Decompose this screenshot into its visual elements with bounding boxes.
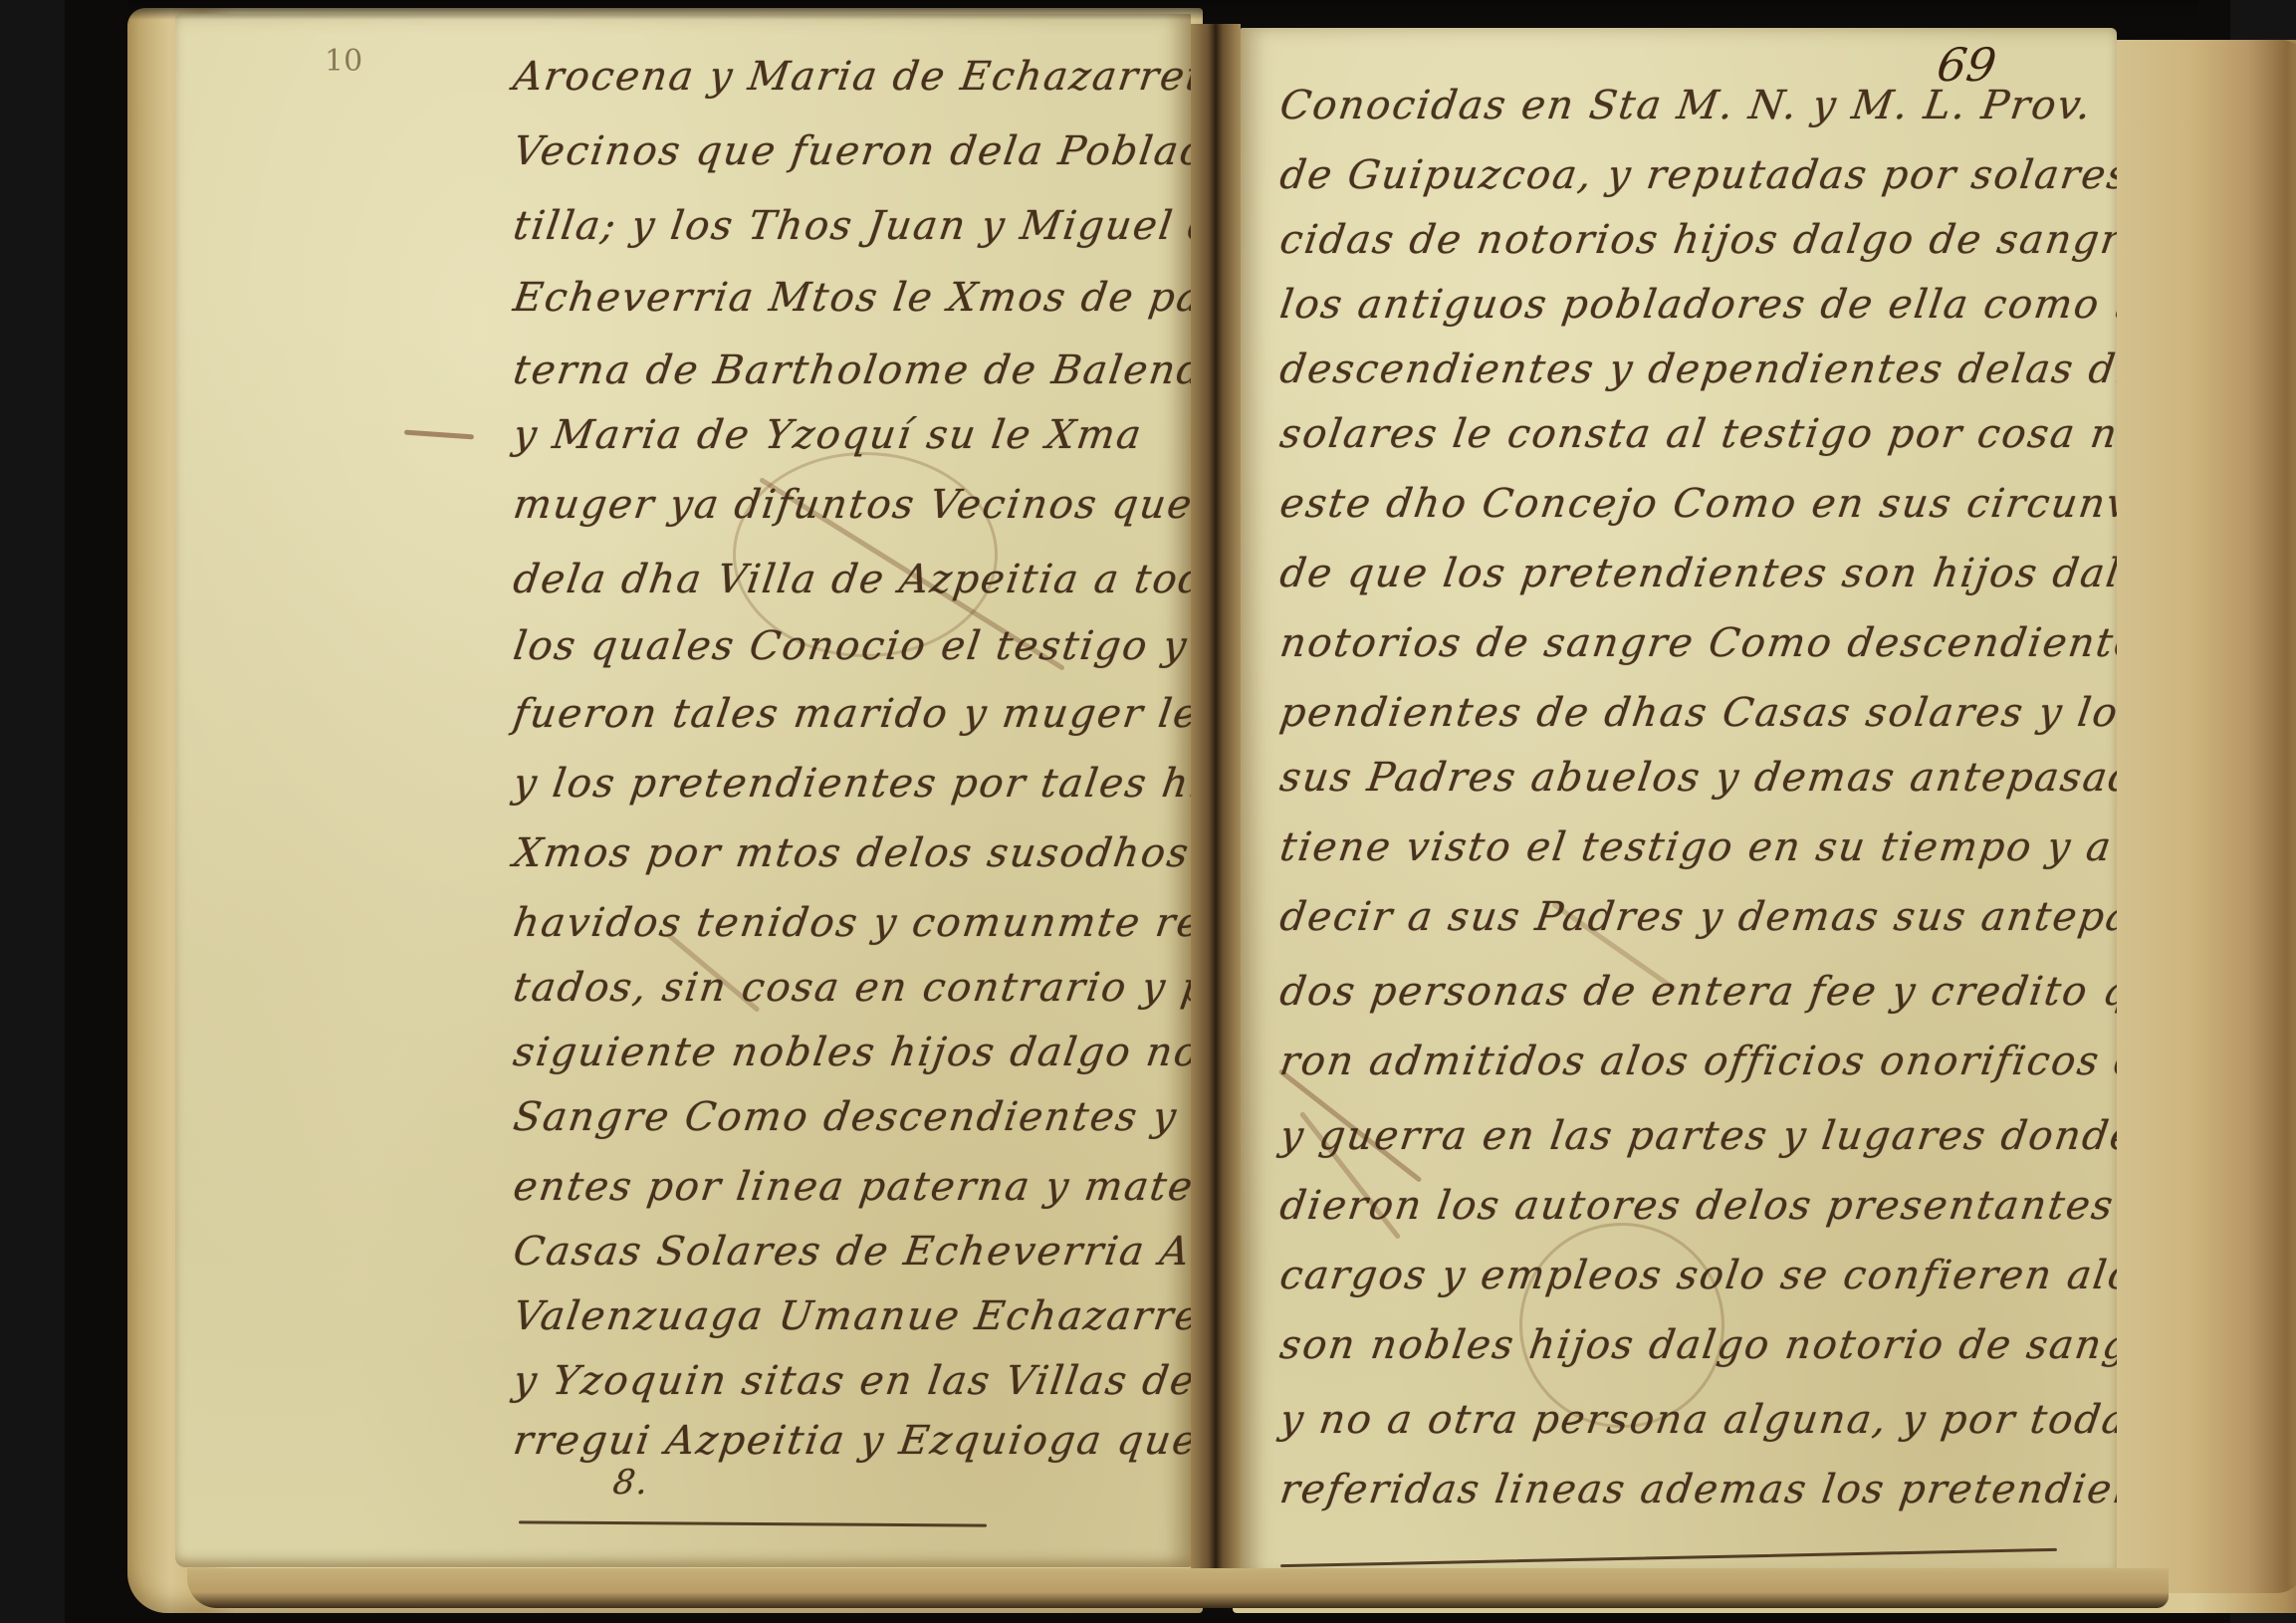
manuscript-line: Vecinos que fueron dela Poblacion de Viz… <box>511 128 1191 174</box>
manuscript-line: Xmos por mtos delos susodhos son <box>511 830 1191 876</box>
manuscript-line: decir a sus Padres y demas sus antepasad… <box>1277 894 2117 940</box>
manuscript-line: Sangre Como descendientes y dependi <box>511 1094 1191 1140</box>
manuscript-line: tados, sin cosa en contrario y por lo co… <box>511 965 1191 1011</box>
manuscript-line: pendientes de dhas Casas solares y los d… <box>1277 690 2117 736</box>
manuscript-line: Casas Solares de Echeverria Arocina <box>511 1229 1191 1275</box>
document-viewer: 10 Arocena y Maria de Echazarreta todos … <box>0 0 2296 1623</box>
manuscript-line: de Guipuzcoa, y reputadas por solares co… <box>1277 152 2117 198</box>
manuscript-line: entes por linea paterna y materna delas <box>511 1164 1191 1210</box>
book-gutter <box>1191 24 1241 1607</box>
manuscript-line: dieron los autores delos presentantes cu… <box>1277 1183 2117 1229</box>
manuscript-line: Echeverria Mtos le Xmos de parte ma <box>511 275 1191 321</box>
top-shadow <box>127 0 2198 20</box>
right-worn-edge <box>2117 40 2296 1593</box>
manuscript-line: Valenzuaga Umanue Echazarretta <box>511 1293 1191 1339</box>
manuscript-line: sus Padres abuelos y demas antepasados <box>1277 755 2117 801</box>
manuscript-line: notorios de sangre Como descendientes y … <box>1277 620 2117 666</box>
manuscript-line: siguiente nobles hijos dalgo notorios de <box>511 1030 1191 1075</box>
manuscript-line: rregui Azpeitia y Ezquioga que son <box>511 1418 1191 1464</box>
open-book: 10 Arocena y Maria de Echazarreta todos … <box>127 0 2198 1623</box>
manuscript-line: dela dha Villa de Azpeitia a todos <box>511 557 1191 602</box>
manuscript-line: y Maria de Yzoquí su le Xma <box>511 412 1146 458</box>
manuscript-line: son nobles hijos dalgo notorio de sangre <box>1277 1322 2117 1368</box>
manuscript-line: este dho Concejo Como en sus circunvecin… <box>1277 481 2117 527</box>
manuscript-line: Arocena y Maria de Echazarreta todos <box>511 54 1191 100</box>
left-page-text: Arocena y Maria de Echazarreta todos Vec… <box>175 14 1191 1567</box>
manuscript-line: ron admitidos alos officios onorificos d… <box>1277 1039 2117 1084</box>
manuscript-line: solares le consta al testigo por cosa no… <box>1277 411 2117 457</box>
manuscript-line: y guerra en las partes y lugares donde r… <box>1277 1113 2117 1159</box>
manuscript-line: los quales Conocio el testigo y save <box>511 623 1191 669</box>
manuscript-line: cidas de notorios hijos dalgo de sangre … <box>1277 217 2117 263</box>
manuscript-line: de que los pretendientes son hijos dalgo <box>1277 551 2117 596</box>
footer-mark: 8. <box>610 1463 652 1503</box>
manuscript-line: muger ya difuntos Vecinos que fueron <box>511 482 1191 528</box>
manuscript-line: y no a otra persona alguna, y por todas … <box>1277 1397 2117 1443</box>
manuscript-line: fueron tales marido y muger le Xmos <box>511 691 1191 737</box>
right-page: 69 Conocidas en Sta M. N. y M. L. Prov. … <box>1241 28 2117 1581</box>
page-stack-bottom-edge <box>187 1568 2169 1608</box>
manuscript-line: terna de Bartholome de Balenda <box>511 348 1191 393</box>
manuscript-line: descendientes y dependientes delas dhas … <box>1277 347 2117 392</box>
manuscript-line: tiene visto el testigo en su tiempo y a … <box>1277 824 2117 870</box>
manuscript-line: cargos y empleos solo se confieren alos … <box>1277 1253 2117 1298</box>
manuscript-line: y Yzoquin sitas en las Villas de Zuma <box>511 1358 1191 1404</box>
manuscript-line: los antiguos pobladores de ella como tal… <box>1277 282 2117 328</box>
right-page-text: Conocidas en Sta M. N. y M. L. Prov. de … <box>1241 28 2117 1581</box>
manuscript-line: Conocidas en Sta M. N. y M. L. Prov. <box>1277 83 2096 128</box>
manuscript-line: tilla; y los Thos Juan y Miguel de <box>511 203 1191 249</box>
manuscript-line: y los pretendientes por tales hijos le <box>511 761 1191 807</box>
manuscript-line: dos personas de entera fee y credito que… <box>1277 969 2117 1015</box>
manuscript-line: referidas lineas ademas los pretendiente… <box>1277 1467 2117 1512</box>
left-page: 10 Arocena y Maria de Echazarreta todos … <box>175 14 1191 1567</box>
manuscript-line: havidos tenidos y comunmte reputa <box>511 900 1191 946</box>
